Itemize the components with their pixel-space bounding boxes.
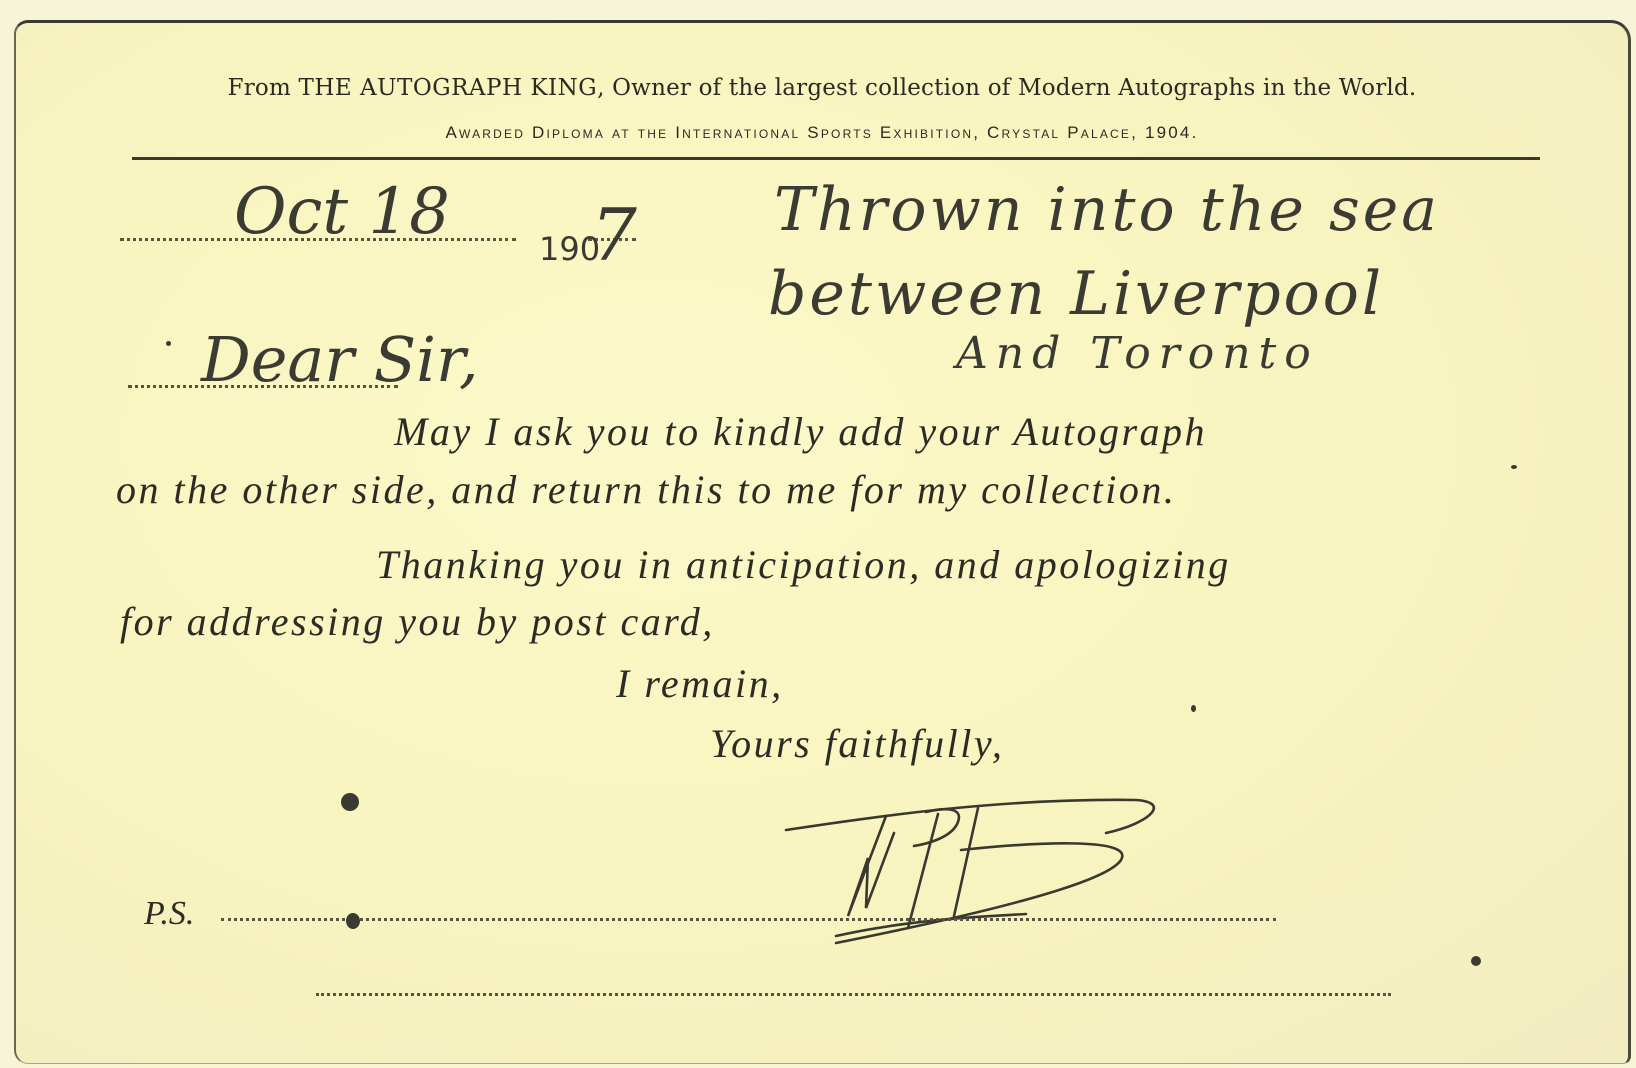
header-tagline: , Owner of the largest collection of Mod… xyxy=(597,75,1416,101)
ink-speck xyxy=(1191,705,1196,712)
handwritten-year-digit: 7 xyxy=(591,193,637,277)
postcard: From THE AUTOGRAPH KING, Owner of the la… xyxy=(14,20,1631,1064)
body-line-2: on the other side, and return this to me… xyxy=(116,466,1176,513)
header-brand: THE AUTOGRAPH KING xyxy=(299,75,598,101)
header-prefix: From xyxy=(228,75,299,101)
ps-label: P.S. xyxy=(144,895,194,933)
closing-yours-faithfully: Yours faithfully, xyxy=(710,720,1004,767)
body-line-3: Thanking you in anticipation, and apolog… xyxy=(376,541,1231,588)
header-title: From THE AUTOGRAPH KING, Owner of the la… xyxy=(16,75,1628,101)
ink-speck xyxy=(1511,465,1517,469)
handwritten-date: Oct 18 xyxy=(234,175,450,249)
header-divider xyxy=(132,157,1540,160)
closing-remain: I remain, xyxy=(616,660,784,707)
ink-stain xyxy=(1471,956,1481,966)
ink-stain xyxy=(346,913,360,929)
handwritten-note-line3: And Toronto xyxy=(956,328,1319,379)
body-line-1: May I ask you to kindly add your Autogra… xyxy=(394,408,1207,455)
signature-initials: WPB xyxy=(776,788,1176,948)
handwritten-note-line1: Thrown into the sea xyxy=(774,175,1440,245)
body-line-4: for addressing you by post card, xyxy=(120,598,715,645)
ps-dotted-line-1 xyxy=(221,918,1276,921)
ps-dotted-line-2 xyxy=(316,993,1391,996)
ink-stain xyxy=(341,793,359,811)
handwritten-note-line2: between Liverpool xyxy=(768,259,1384,329)
handwritten-salutation: Dear Sir, xyxy=(201,323,479,396)
ink-speck xyxy=(166,341,171,346)
header-award: Awarded Diploma at the International Spo… xyxy=(16,123,1628,143)
